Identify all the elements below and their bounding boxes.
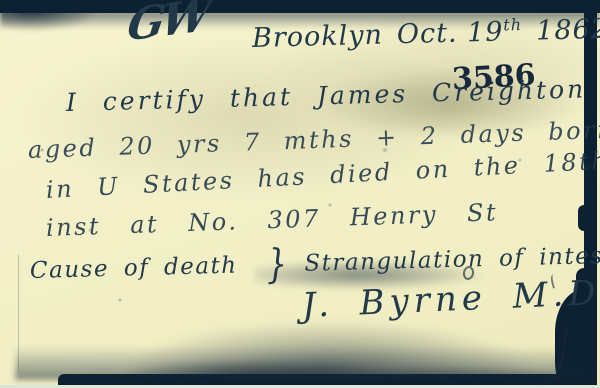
scan-border-right-bump [578, 205, 586, 231]
dateline-place: Brooklyn [252, 20, 384, 54]
dateline-month-day: Oct. 19 [396, 16, 503, 50]
body-line-address: inst at No. 307 Henry St [46, 198, 499, 242]
brace-mark: } [266, 241, 289, 288]
dateline-year: 1862 [536, 14, 600, 47]
clerk-monogram: GW [124, 0, 211, 52]
scanned-death-certificate: GW BrooklynOct. 19th1862 3586 I certify … [0, 0, 600, 388]
dateline-ordinal: th [503, 15, 522, 34]
cause-value: Strangulation of intestine [304, 242, 600, 277]
cause-label: Cause of death [30, 253, 238, 284]
ink-smear [130, 322, 530, 377]
paper-crease-line [18, 255, 19, 373]
scan-border-top-left-grunge [0, 8, 100, 32]
